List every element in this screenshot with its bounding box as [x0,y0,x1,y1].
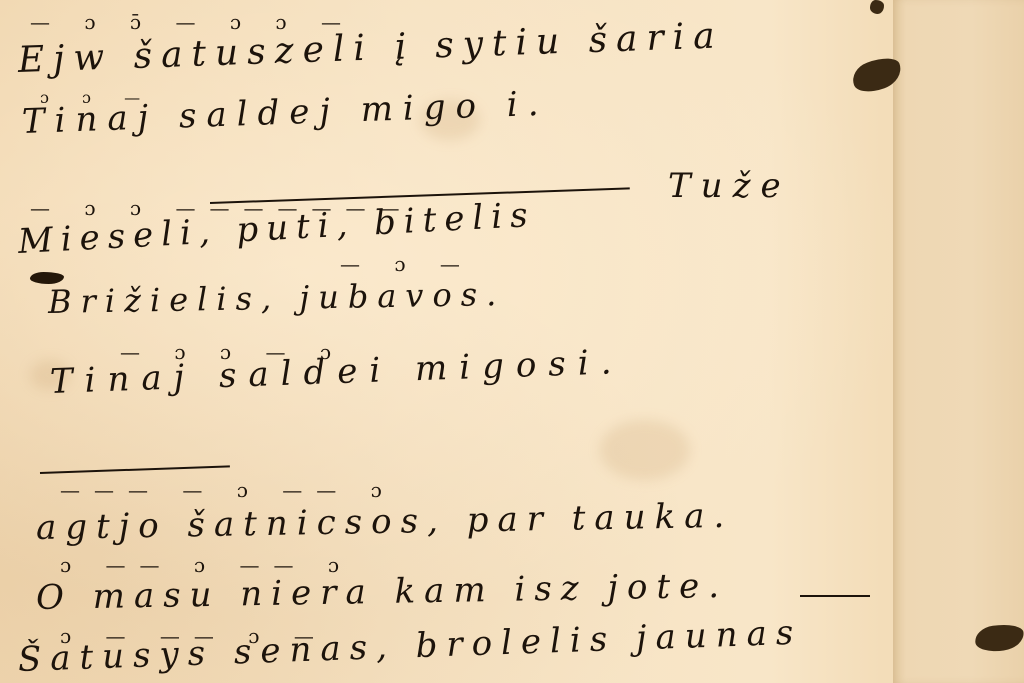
diacritic-row: — ɔ — [340,252,474,276]
manuscript-line-5: Brižielis, jubavos. [48,275,506,321]
page-edge-right [893,0,1024,683]
diacritic-row: ——— — ɔ —— ɔ [60,478,396,502]
paper-stain [600,420,690,480]
manuscript-line-3: Tuže [668,166,791,206]
overline-rule [800,595,870,597]
